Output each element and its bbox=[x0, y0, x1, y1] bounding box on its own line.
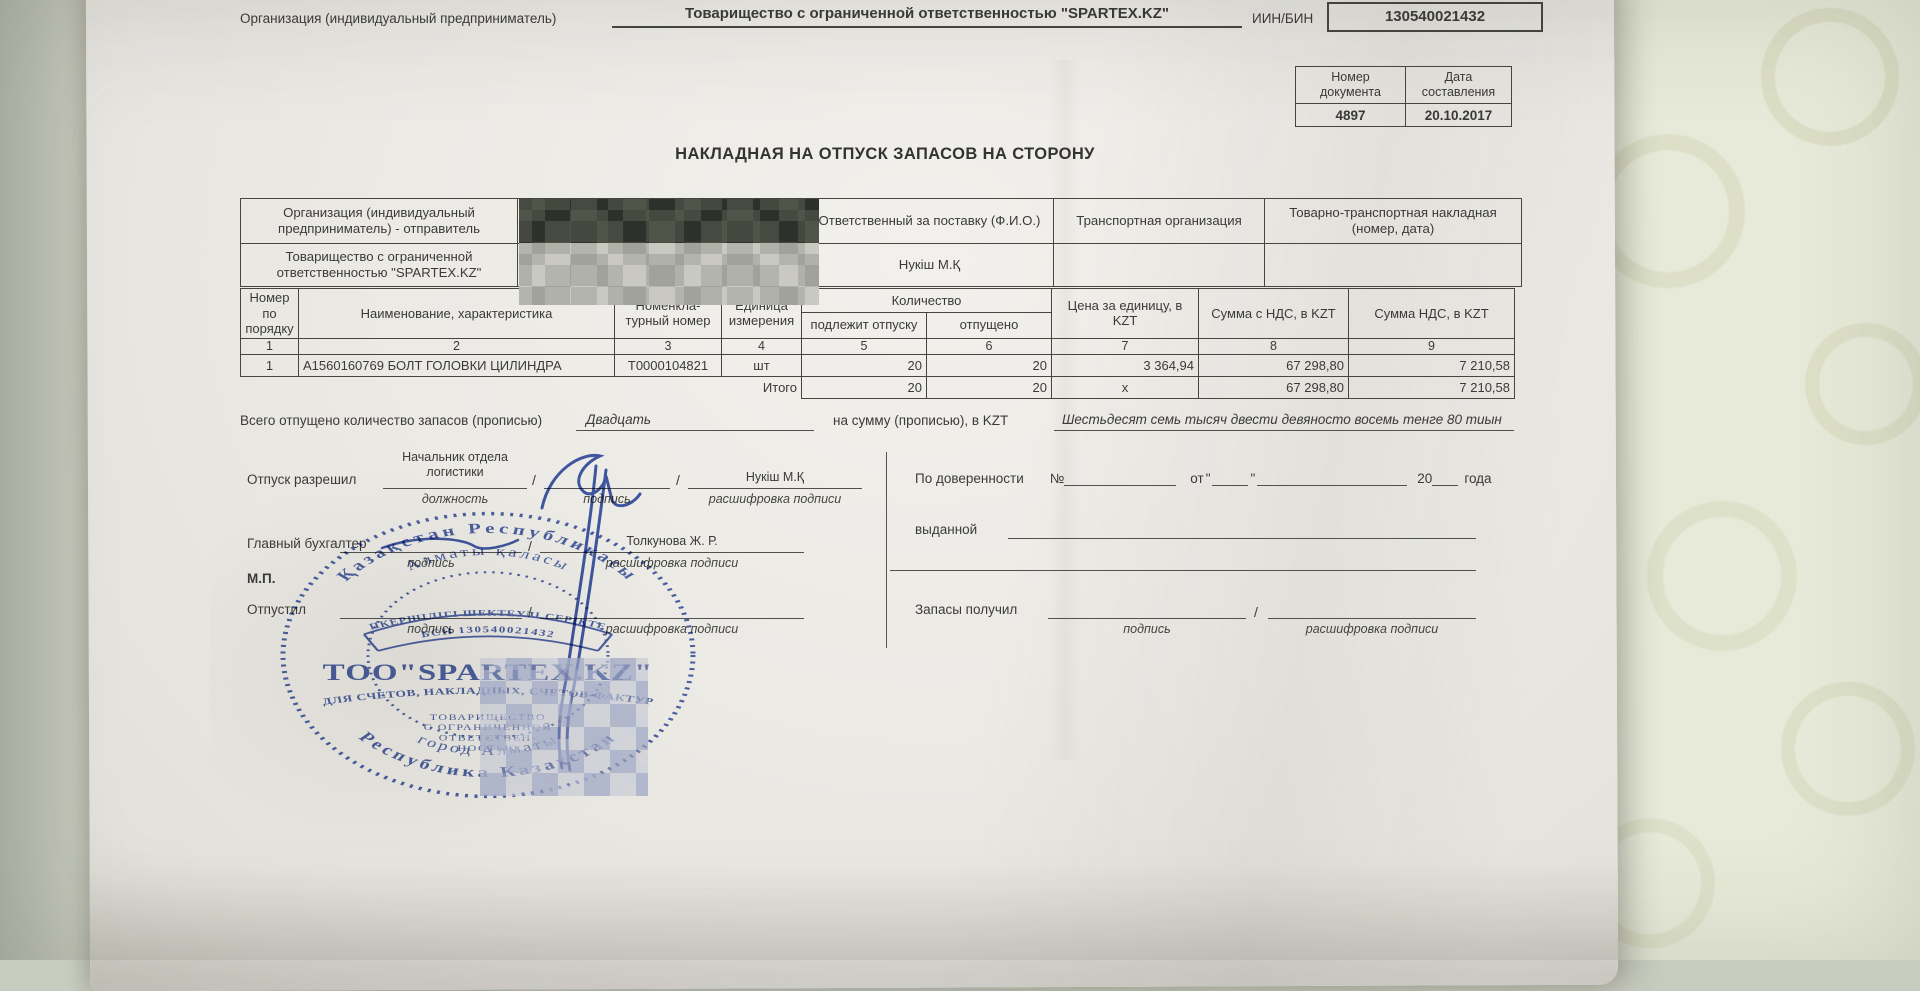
item-sum-vat: 7 210,58 bbox=[1349, 354, 1515, 376]
doc-meta-table: Номер документа Дата составления 4897 20… bbox=[1295, 66, 1512, 127]
doc-number-value: 4897 bbox=[1296, 104, 1406, 127]
stock-received-label: Запасы получил bbox=[915, 602, 1017, 617]
by-proxy-label: По доверенности bbox=[915, 471, 1024, 486]
proxy-year-line bbox=[1432, 470, 1458, 486]
iin-bin-label: ИИН/БИН bbox=[1252, 11, 1313, 26]
col-number-header: Номер по порядку bbox=[241, 289, 299, 339]
col-qty-due-header: подлежит отпуску bbox=[802, 312, 927, 338]
col-num: 4 bbox=[722, 338, 802, 354]
signature-block-divider bbox=[886, 452, 887, 648]
qty-in-words-value: Двадцать bbox=[586, 412, 651, 427]
col-num: 9 bbox=[1349, 338, 1515, 354]
col-num: 5 bbox=[802, 338, 927, 354]
responsible-label: Ответственный за поставку (Ф.И.О.) bbox=[806, 199, 1054, 244]
responsible-value: Нукіш М.Қ bbox=[806, 244, 1054, 287]
photo-of-waybill-document: Организация (индивидуальный предпринимат… bbox=[0, 0, 1920, 960]
waybill-document: Организация (индивидуальный предпринимат… bbox=[0, 0, 1920, 960]
sender-label: Организация (индивидуальный предпринимат… bbox=[241, 199, 518, 244]
proxy-day-line bbox=[1212, 470, 1248, 486]
separator-slash: / bbox=[1254, 604, 1258, 620]
doc-date-label: Дата составления bbox=[1406, 67, 1512, 104]
organization-label: Организация (индивидуальный предпринимат… bbox=[240, 11, 556, 26]
number-sign: № bbox=[1050, 471, 1064, 486]
col-sum-vat-incl-header: Сумма с НДС, в KZT bbox=[1199, 289, 1349, 339]
transport-label: Транспортная организация bbox=[1054, 199, 1265, 244]
parties-table: Организация (индивидуальный предпринимат… bbox=[240, 198, 1522, 287]
proxy-row: По доверенности № от " " 20 года bbox=[915, 470, 1515, 486]
total-qty-due: 20 bbox=[802, 376, 927, 398]
from-label: от bbox=[1190, 471, 1203, 486]
col-num: 2 bbox=[299, 338, 615, 354]
waybill-ref-value bbox=[1265, 244, 1522, 287]
total-price-x: x bbox=[1052, 376, 1199, 398]
accountant-scribble bbox=[382, 539, 518, 549]
col-quantity-group-header: Количество bbox=[802, 289, 1052, 313]
received-decryption-caption: расшифровка подписи bbox=[1268, 622, 1476, 636]
item-price: 3 364,94 bbox=[1052, 354, 1199, 376]
issued-line bbox=[1008, 522, 1476, 539]
total-sum-vat: 7 210,58 bbox=[1349, 376, 1515, 398]
proxy-number-line bbox=[1064, 470, 1176, 486]
sender-value: Товарищество с ограниченной ответственно… bbox=[241, 244, 518, 287]
col-num: 7 bbox=[1052, 338, 1199, 354]
sum-in-words-value: Шестьдесят семь тысяч двести девяносто в… bbox=[1062, 412, 1502, 427]
year-word: года bbox=[1464, 471, 1491, 486]
col-qty-released-header: отпущено bbox=[927, 312, 1052, 338]
col-num: 3 bbox=[615, 338, 722, 354]
iin-bin-value: 130540021432 bbox=[1327, 2, 1543, 32]
document-title: НАКЛАДНАЯ НА ОТПУСК ЗАПАСОВ НА СТОРОНУ bbox=[240, 145, 1530, 164]
received-signature-line bbox=[1048, 602, 1246, 619]
quote-mark: " bbox=[1206, 471, 1211, 486]
col-price-header: Цена за единицу, в KZT bbox=[1052, 289, 1199, 339]
item-nomenclature: Т0000104821 bbox=[615, 354, 722, 376]
sum-in-words-label: на сумму (прописью), в KZT bbox=[833, 413, 1008, 428]
qty-in-words-label: Всего отпущено количество запасов (пропи… bbox=[240, 413, 542, 428]
issued-line-2 bbox=[890, 554, 1476, 571]
doc-date-value: 20.10.2017 bbox=[1406, 104, 1512, 127]
col-num: 8 bbox=[1199, 338, 1349, 354]
organization-value: Товарищество с ограниченной ответственно… bbox=[612, 5, 1242, 28]
transport-value bbox=[1054, 244, 1265, 287]
totals-row: Итого 20 20 x 67 298,80 7 210,58 bbox=[241, 376, 1515, 398]
quote-mark: " bbox=[1250, 471, 1255, 486]
total-qty-released: 20 bbox=[927, 376, 1052, 398]
issued-label: выданной bbox=[915, 522, 977, 537]
items-table: Номер по порядку Наименование, характери… bbox=[240, 288, 1515, 399]
col-sum-vat-header: Сумма НДС, в KZT bbox=[1349, 289, 1515, 339]
year-prefix: 20 bbox=[1417, 471, 1432, 486]
proxy-month-line bbox=[1257, 470, 1407, 486]
item-row: 1 А1560160769 БОЛТ ГОЛОВКИ ЦИЛИНДРА Т000… bbox=[241, 354, 1515, 376]
received-decryption-line bbox=[1268, 602, 1476, 619]
redaction-mosaic-dark bbox=[519, 199, 819, 243]
item-qty-released: 20 bbox=[927, 354, 1052, 376]
col-num: 1 bbox=[241, 338, 299, 354]
item-qty-due: 20 bbox=[802, 354, 927, 376]
col-num: 6 bbox=[927, 338, 1052, 354]
received-signature-caption: подпись bbox=[1048, 622, 1246, 636]
redaction-mosaic-stamp bbox=[480, 658, 648, 796]
column-numbers-row: 1 2 3 4 5 6 7 8 9 bbox=[241, 338, 1515, 354]
redaction-mosaic-light bbox=[519, 243, 819, 305]
item-name: А1560160769 БОЛТ ГОЛОВКИ ЦИЛИНДРА bbox=[299, 354, 615, 376]
waybill-ref-label: Товарно-транспортная накладная (номер, д… bbox=[1265, 199, 1522, 244]
total-sum-vat-incl: 67 298,80 bbox=[1199, 376, 1349, 398]
item-number: 1 bbox=[241, 354, 299, 376]
item-sum-vat-incl: 67 298,80 bbox=[1199, 354, 1349, 376]
item-unit: шт bbox=[722, 354, 802, 376]
total-label: Итого bbox=[241, 376, 802, 398]
doc-number-label: Номер документа bbox=[1296, 67, 1406, 104]
